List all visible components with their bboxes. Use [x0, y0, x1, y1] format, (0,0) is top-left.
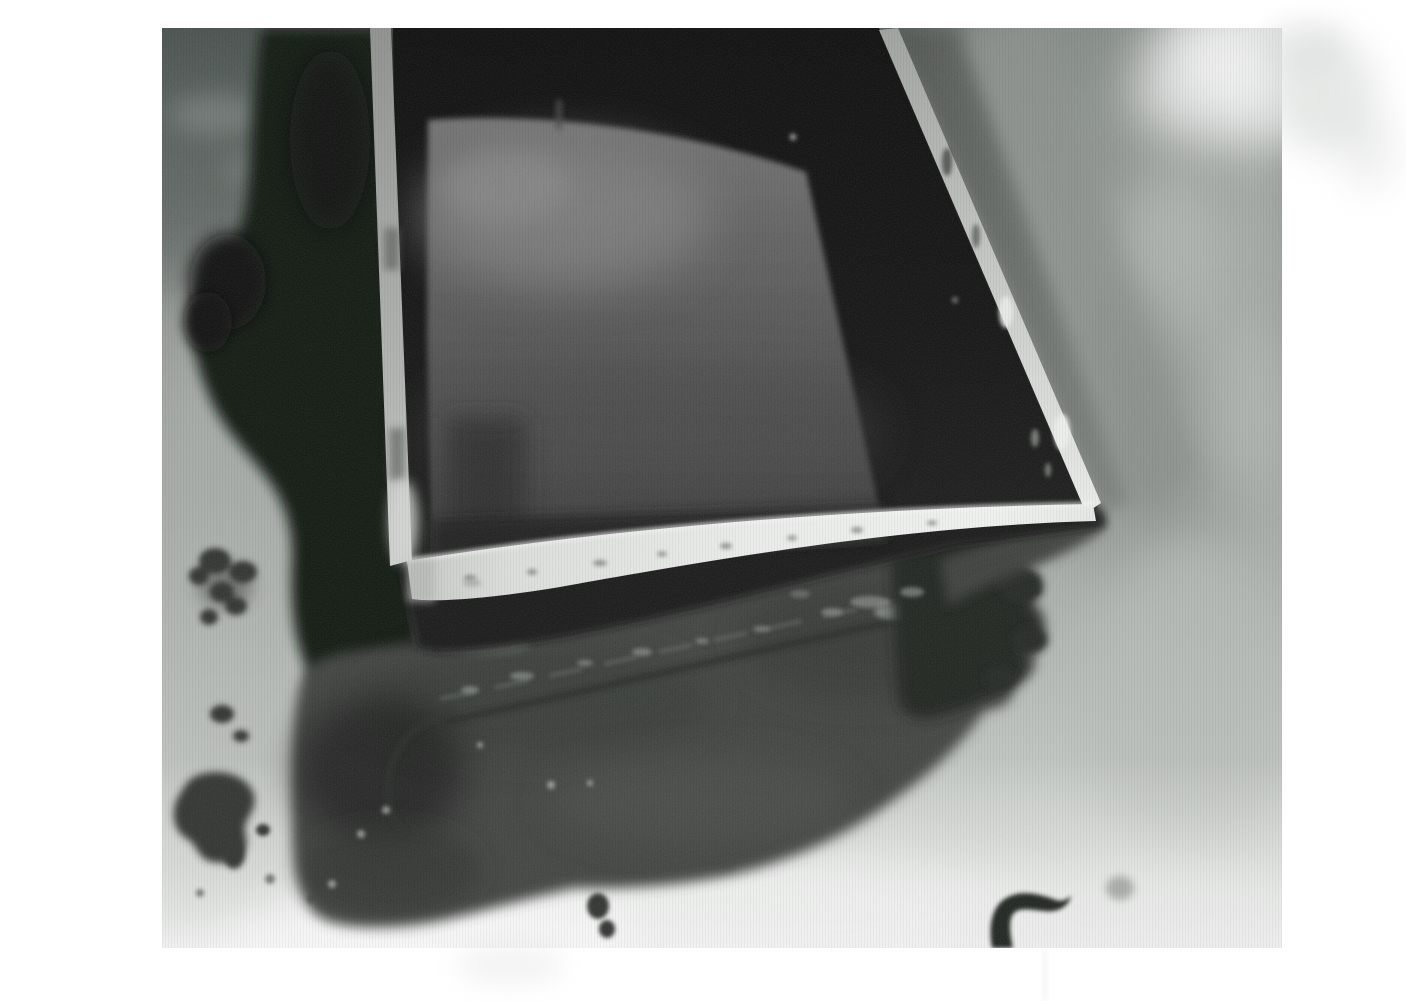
photograph	[0, 0, 1406, 1001]
halftone-grain-overlay	[162, 28, 1282, 948]
scanned-page	[0, 0, 1406, 1001]
